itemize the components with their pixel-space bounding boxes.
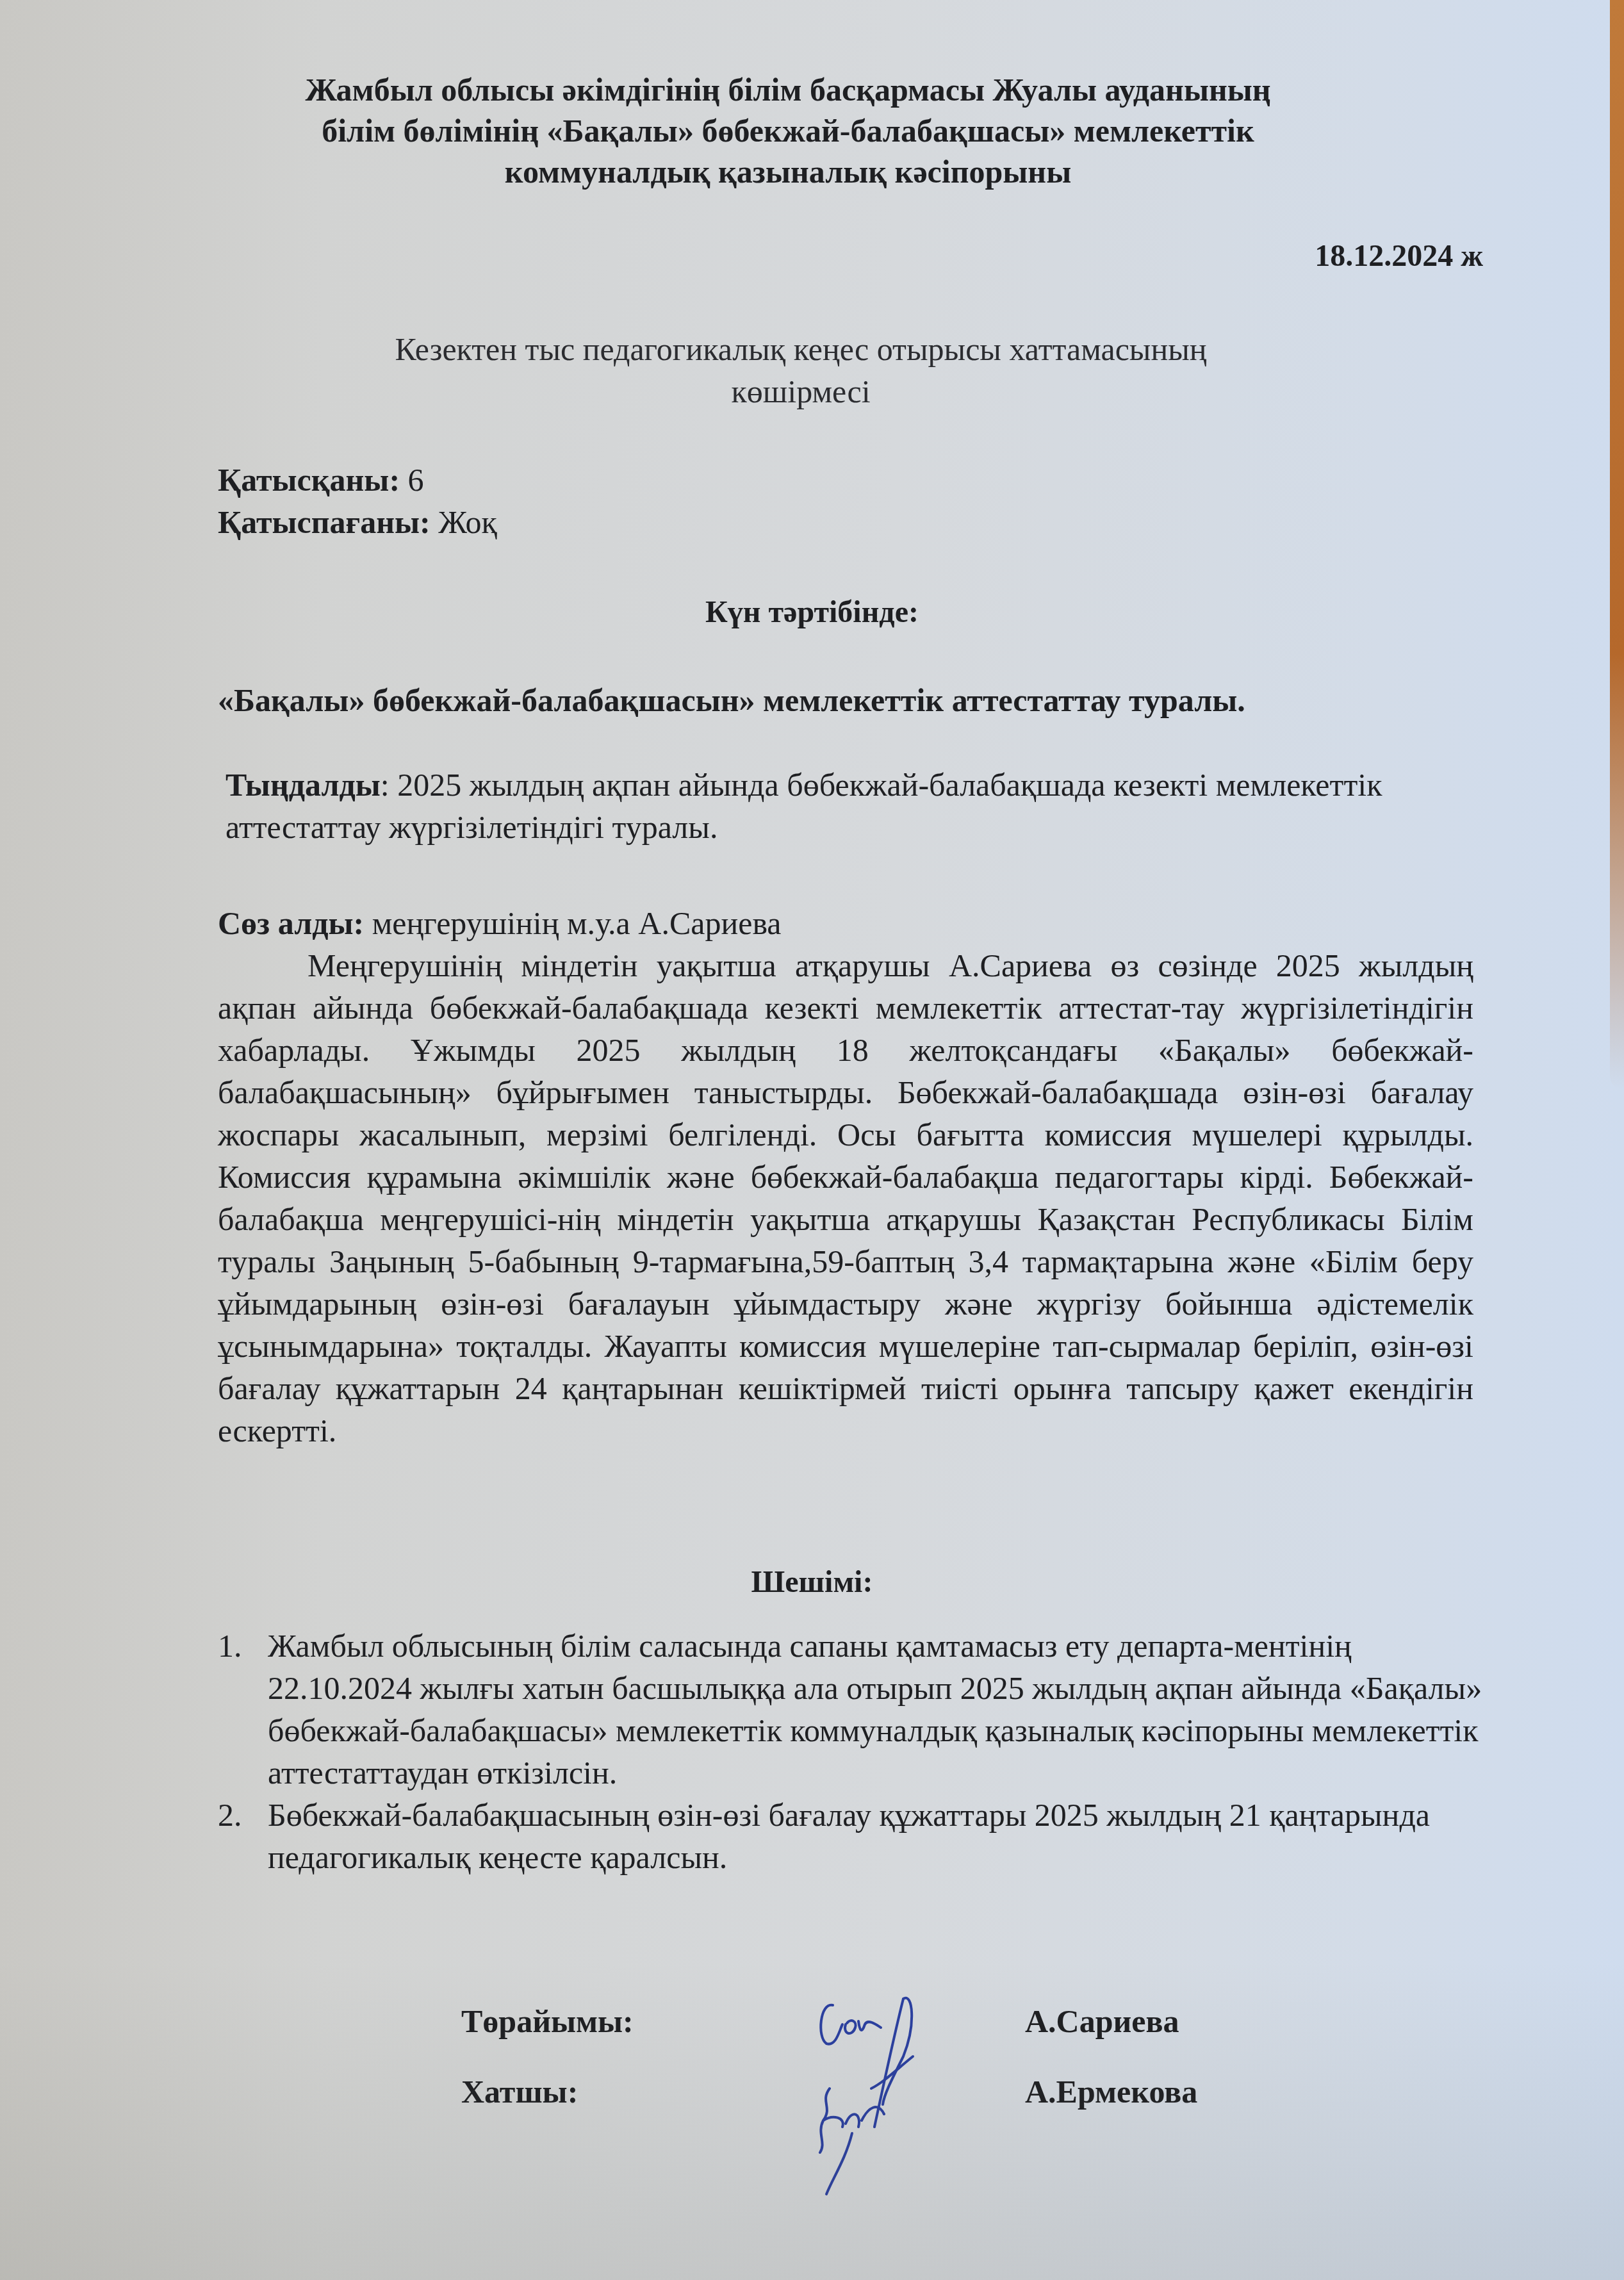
signature-role: Хатшы: [461,2073,578,2110]
agenda-item: «Бақалы» бөбекжай-балабақшасын» мемлекет… [218,682,1245,719]
handwritten-signature-icon [807,1986,1012,2197]
document-title: Кезектен тыс педагогикалық кеңес отырысы… [192,328,1409,413]
decision-text: Жамбыл облысының білім саласында сапаны … [268,1628,1482,1791]
decision-number: 2. [218,1794,242,1836]
speech-section: Сөз алды: меңгерушінің м.у.а А.Сариева М… [218,902,1473,1452]
decision-list: 1. Жамбыл облысының білім саласында сапа… [218,1625,1493,1878]
header-line: білім бөлімінің «Бақалы» бөбекжай-балаба… [160,110,1416,151]
speech-label: Сөз алды: [218,905,364,941]
organization-header: Жамбыл облысы әкімдігінің білім басқарма… [160,69,1416,192]
absent-label: Қатыспағаны: [218,504,431,540]
listened-label: Тыңдалды [226,767,381,803]
present-label: Қатысқаны: [218,462,400,498]
document-page: Жамбыл облысы әкімдігінің білім басқарма… [0,0,1624,2280]
absent-value: Жоқ [438,504,497,540]
attendance-absent: Қатыспағаны: Жоқ [218,501,497,543]
title-line: Кезектен тыс педагогикалық кеңес отырысы… [192,328,1409,370]
decision-text: Бөбекжай-балабақшасының өзін-өзі бағалау… [268,1797,1430,1875]
speech-header: Сөз алды: меңгерушінің м.у.а А.Сариева [218,902,1473,944]
decision-item: 1. Жамбыл облысының білім саласында сапа… [218,1625,1493,1794]
present-value: 6 [408,462,424,498]
decision-number: 1. [218,1625,242,1667]
decision-heading: Шешімі: [0,1564,1624,1600]
decision-item: 2. Бөбекжай-балабақшасының өзін-өзі баға… [218,1794,1493,1878]
header-line: коммуналдық қазыналық кәсіпорыны [160,151,1416,192]
document-date: 18.12.2024 ж [1315,238,1483,274]
listened-section: Тыңдалды: 2025 жылдың ақпан айында бөбек… [226,764,1475,848]
agenda-heading: Күн тәртібінде: [0,595,1624,630]
attendance-block: Қатысқаны: 6 Қатыспағаны: Жоқ [218,459,497,543]
header-line: Жамбыл облысы әкімдігінің білім басқарма… [160,69,1416,110]
title-line: көшірмесі [192,370,1409,413]
signature-name: А.Ермекова [1025,2073,1197,2110]
signature-name: А.Сариева [1025,2003,1179,2040]
attendance-present: Қатысқаны: 6 [218,459,497,501]
speech-speaker: меңгерушінің м.у.а А.Сариева [364,905,781,941]
speech-paragraph: Меңгерушінің міндетін уақытша атқарушы А… [218,944,1473,1452]
signature-role: Төрайымы: [461,2003,634,2040]
listened-text: : 2025 жылдың ақпан айында бөбекжай-бала… [226,767,1382,845]
